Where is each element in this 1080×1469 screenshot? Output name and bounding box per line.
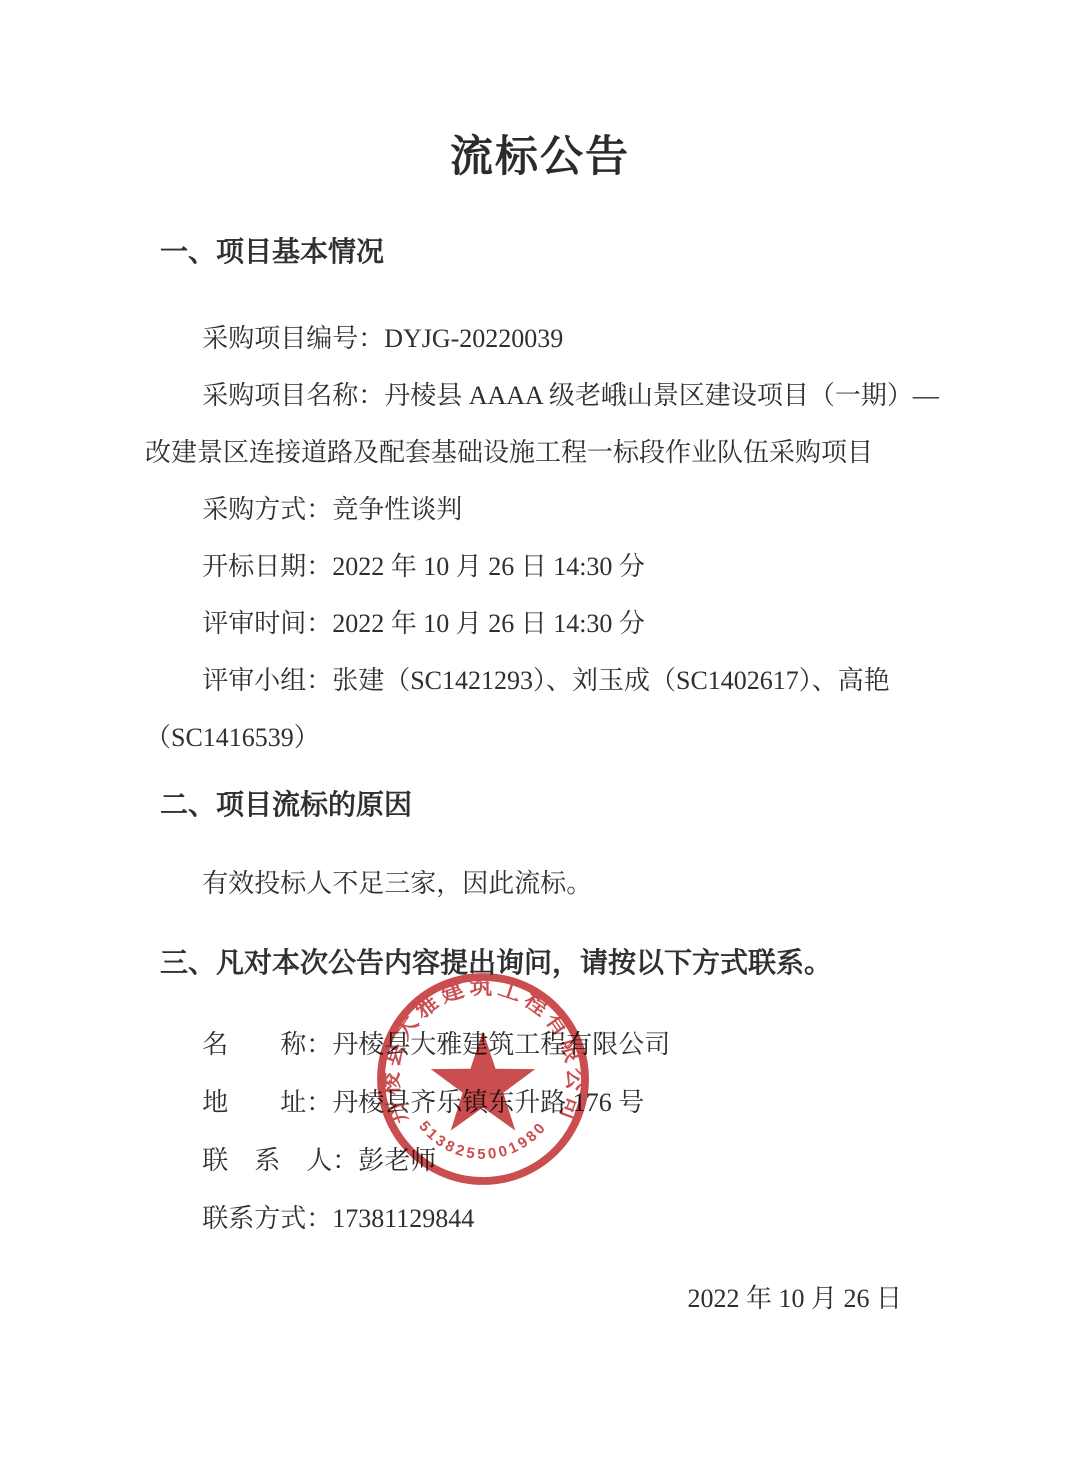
section-failure-reason: 二、项目流标的原因 有效投标人不足三家，因此流标。: [145, 776, 960, 912]
contact-address: 地 址：丹棱县齐乐镇东升路 176 号: [145, 1074, 960, 1132]
paragraph-review-panel: 评审小组：张建（SC1421293）、刘玉成（SC1402617）、高艳（SC1…: [145, 652, 960, 766]
paragraph-review-time: 评审时间：2022 年 10 月 26 日 14:30 分: [145, 595, 960, 652]
paragraph-bid-opening-date: 开标日期：2022 年 10 月 26 日 14:30 分: [145, 538, 960, 595]
paragraph-failure-reason: 有效投标人不足三家，因此流标。: [145, 855, 960, 912]
paragraph-project-number: 采购项目编号：DYJG-20220039: [145, 310, 960, 367]
contact-company-name: 名 称：丹棱县大雅建筑工程有限公司: [145, 1016, 960, 1074]
document-date: 2022 年 10 月 26 日: [0, 1270, 902, 1328]
section-contact: 三、凡对本次公告内容提出询问，请按以下方式联系。 名 称：丹棱县大雅建筑工程有限…: [145, 934, 960, 1248]
document-body: 一、项目基本情况 采购项目编号：DYJG-20220039 采购项目名称：丹棱县…: [145, 223, 960, 1248]
paragraph-project-name: 采购项目名称：丹棱县 AAAA 级老峨山景区建设项目（一期）—改建景区连接道路及…: [145, 367, 960, 481]
paragraph-procurement-method: 采购方式：竞争性谈判: [145, 481, 960, 538]
contact-phone: 联系方式：17381129844: [145, 1190, 960, 1248]
contact-person: 联 系 人：彭老师: [145, 1132, 960, 1190]
section-1-heading: 一、项目基本情况: [145, 223, 960, 281]
document-page: 流标公告 一、项目基本情况 采购项目编号：DYJG-20220039 采购项目名…: [0, 0, 1080, 1469]
section-basic-info: 一、项目基本情况 采购项目编号：DYJG-20220039 采购项目名称：丹棱县…: [145, 223, 960, 766]
page-title: 流标公告: [0, 128, 1080, 188]
section-2-heading: 二、项目流标的原因: [145, 776, 960, 834]
section-3-heading: 三、凡对本次公告内容提出询问，请按以下方式联系。: [145, 934, 960, 992]
